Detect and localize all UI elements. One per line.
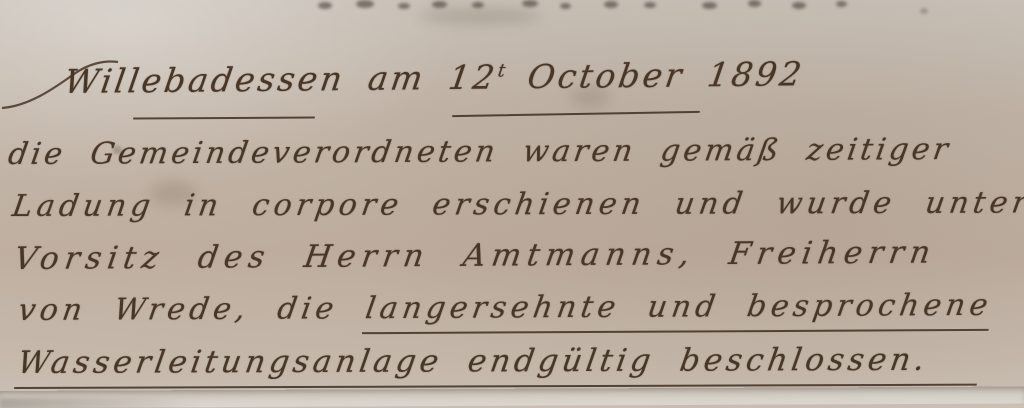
heading-place: Willebadessen — [62, 59, 348, 101]
edge-speck — [432, 1, 447, 8]
heading-underline-1 — [133, 117, 315, 120]
edge-speck — [604, 1, 618, 8]
edge-speck — [356, 0, 374, 8]
heading-underline-2 — [452, 111, 700, 118]
body-line-4-underlined: langersehnte und besprochene — [362, 288, 995, 334]
paper-stain — [420, 8, 540, 24]
edge-speck — [318, 2, 332, 9]
body-line-4-plain: von Wrede, die — [16, 291, 369, 328]
edge-speck — [702, 2, 717, 9]
manuscript-page: Willebadessen am 12t October 1892 die Ge… — [0, 0, 1024, 408]
edge-speck — [792, 2, 806, 9]
heading-day-suffix: t — [496, 60, 506, 81]
body-line-4: von Wrede, die langersehnte und besproch… — [16, 289, 994, 327]
edge-speck — [644, 2, 656, 8]
body-line-2: Ladung in corpore erschienen und wurde u… — [10, 186, 1024, 223]
heading-line: Willebadessen am 12t October 1892 — [62, 56, 807, 100]
heading-month-year: October 1892 — [525, 54, 807, 96]
heading-preposition: am — [366, 58, 429, 98]
body-line-3: Vorsitz des Herrn Amtmanns, Freiherrn — [12, 236, 939, 277]
edge-speck — [522, 0, 538, 7]
body-line-1: die Gemeindeverordneten waren gemäß zeit… — [6, 133, 954, 171]
edge-speck — [560, 3, 571, 9]
body-line-5: Wasserleitungsanlage endgültig beschloss… — [14, 343, 983, 389]
edge-speck — [398, 3, 410, 9]
edge-speck — [920, 8, 928, 14]
edge-speck — [748, 0, 761, 7]
page-edge-shadow — [0, 398, 250, 408]
edge-speck — [836, 1, 847, 7]
heading-day: 12 — [446, 57, 500, 97]
